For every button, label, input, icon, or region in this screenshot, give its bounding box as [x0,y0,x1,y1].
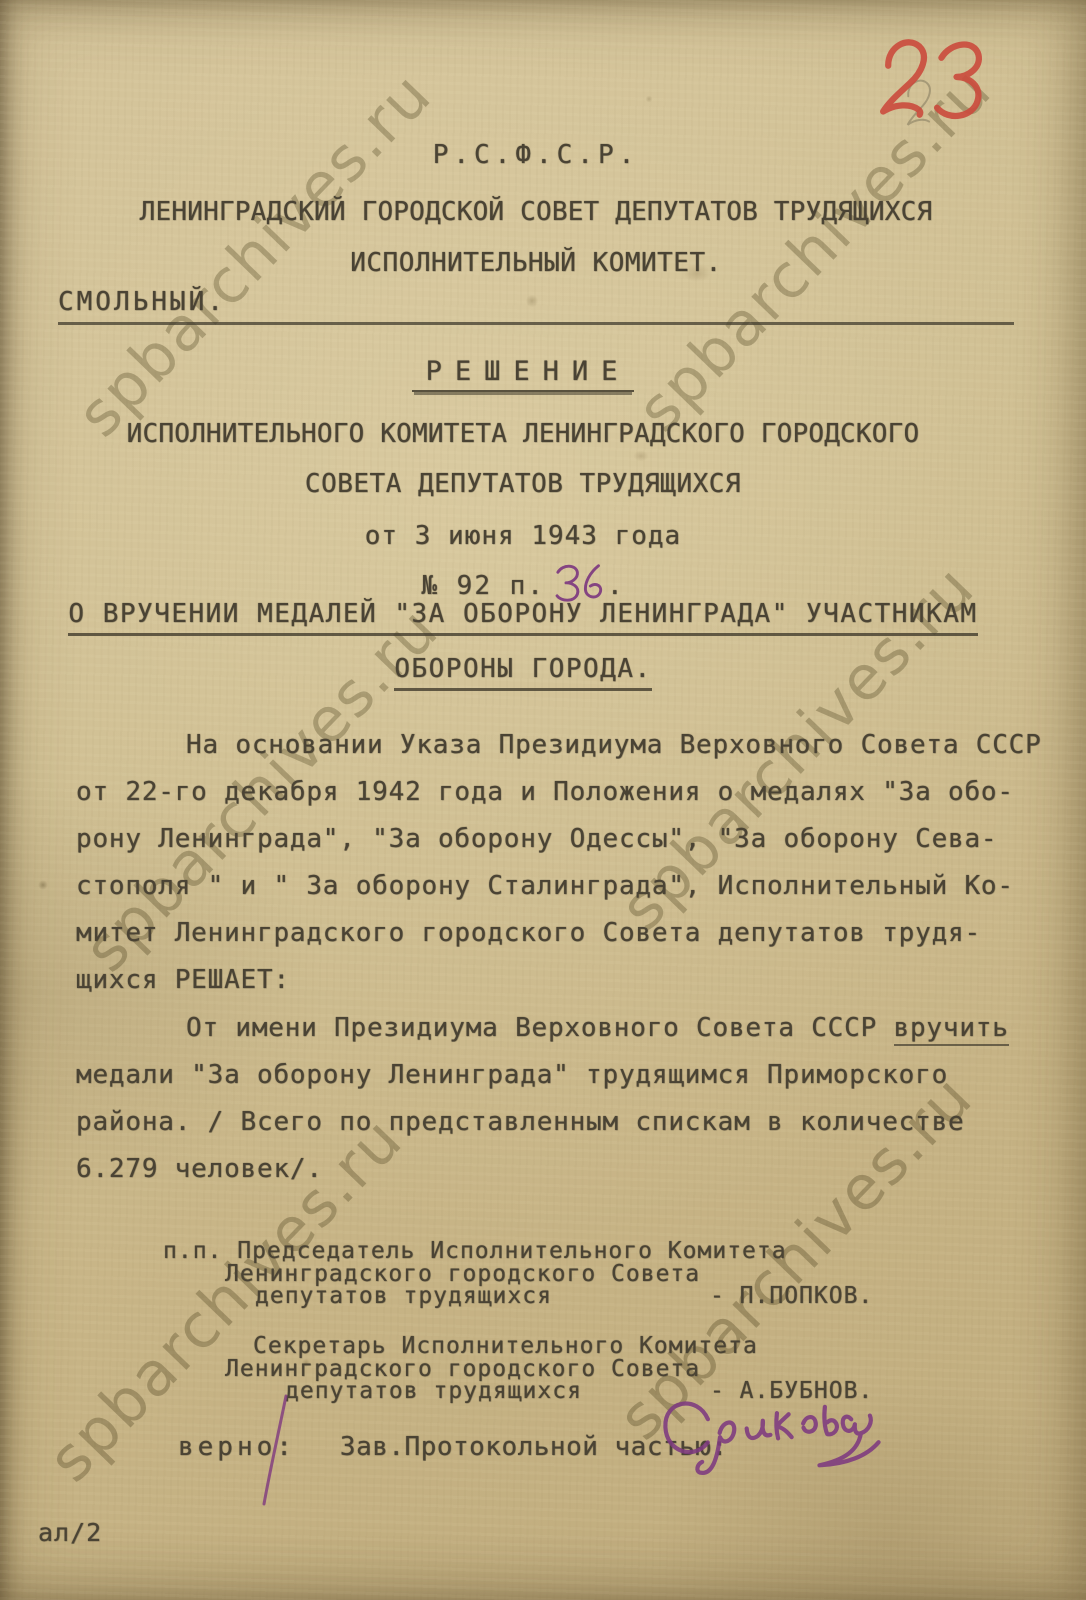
signature-block-chairman: п.п. Председатель Исполнительного Комите… [163,1240,873,1308]
decision-title-row: РЕШЕНИЕ [0,357,1046,392]
decision-date: от 3 июня 1943 года [0,521,1046,551]
signatory-name: - П.ПОПКОВ. [710,1283,873,1309]
signature-title-line: Секретарь Исполнительного Комитета [253,1335,873,1358]
paragraph-resolution: От имени Президиума Верховного Совета СС… [76,1005,1020,1193]
body-line: 6.279 человек/. [76,1146,1020,1193]
paragraph-preamble: На основании Указа Президиума Верховного… [76,722,1020,1004]
page-number-value: 23 [0,0,1,1]
certifier-title: Зав.Протокольной частью: [340,1432,728,1462]
handwritten-item-number [553,561,605,603]
decision-heading: РЕШЕНИЕ ИСПОЛНИТЕЛЬНОГО КОМИТЕТА ЛЕНИНГР… [0,357,1046,603]
body-line: щихся РЕШАЕТ: [76,957,1020,1004]
document-page: spbarchives.ru spbarchives.ru spbarchive… [0,0,1086,1600]
body-line: рону Ленинграда", "За оборону Одессы", "… [76,816,1020,863]
letterhead: Р.С.Ф.С.Р. ЛЕНИНГРАДСКИЙ ГОРОДСКОЙ СОВЕТ… [0,140,1072,278]
certified-label: верно: [178,1432,296,1462]
body-line: На основании Указа Президиума Верховного… [76,722,1020,769]
body-line: от 22-го декабря 1942 года и Положения о… [76,769,1020,816]
signature-block-secretary: Секретарь Исполнительного Комитета Ленин… [253,1335,873,1403]
body-line: стополя " и " За оборону Сталинграда", И… [76,863,1020,910]
handwritten-page-number [872,28,1008,144]
decision-issuer-line1: ИСПОЛНИТЕЛЬНОГО КОМИТЕТА ЛЕНИНГРАДСКОГО … [0,419,1046,449]
decision-issuer-line2: СОВЕТА ДЕПУТАТОВ ТРУДЯЩИХСЯ [0,469,1046,499]
item-number-value: 36 [0,0,1,1]
subject: О ВРУЧЕНИИ МЕДАЛЕЙ "ЗА ОБОРОНУ ЛЕНИНГРАД… [0,598,1046,691]
body-line: От имени Президиума Верховного Совета СС… [76,1005,1020,1052]
signature-title-text: депутатов трудящихся [285,1378,582,1404]
signature-title-line: депутатов трудящихся- А.БУБНОВ. [285,1380,873,1403]
signature-title-line: Ленинградского городского Совета [225,1358,873,1381]
certification-row: верно:Зав.Протокольной частью: [178,1432,728,1462]
underlined-word: вручить [894,1013,1009,1046]
signature-title-line: п.п. Председатель Исполнительного Комите… [163,1240,873,1263]
letterhead-council: ЛЕНИНГРАДСКИЙ ГОРОДСКОЙ СОВЕТ ДЕПУТАТОВ … [0,197,1072,227]
signature-title-line: Ленинградского городского Совета [225,1263,873,1286]
decision-number-prefix: № 92 п. [421,571,545,601]
letterhead-place: СМОЛЬНЫЙ. [58,287,226,317]
subject-line2: ОБОРОНЫ ГОРОДА. [394,653,651,691]
clerk-mark: ал/2 [38,1518,102,1547]
signature-name-value: Сучкова [0,0,1,1]
letterhead-republic: Р.С.Ф.С.Р. [0,140,1072,170]
body-line: митет Ленинградского городского Совета д… [76,910,1020,957]
body-line: медали "За оборону Ленинграда" трудящимс… [76,1052,1020,1099]
signature-title-text: депутатов трудящихся [255,1283,552,1309]
signatory-name: - А.БУБНОВ. [710,1378,873,1404]
subject-line1: О ВРУЧЕНИИ МЕДАЛЕЙ "ЗА ОБОРОНУ ЛЕНИНГРАД… [68,598,977,636]
body-line: района. / Всего по представленным списка… [76,1099,1020,1146]
letterhead-place-row: СМОЛЬНЫЙ. [58,287,1014,325]
decision-title: РЕШЕНИЕ [412,357,635,392]
letterhead-committee: ИСПОЛНИТЕЛЬНЫЙ КОМИТЕТ. [0,248,1072,278]
body-line-text: От имени Президиума Верховного Совета СС… [186,1013,894,1043]
signature-title-line: депутатов трудящихся- П.ПОПКОВ. [255,1285,873,1308]
pencil-mark [908,81,930,125]
decision-number-suffix: . [607,571,625,601]
decision-number-row: № 92 п.. [0,561,1046,603]
